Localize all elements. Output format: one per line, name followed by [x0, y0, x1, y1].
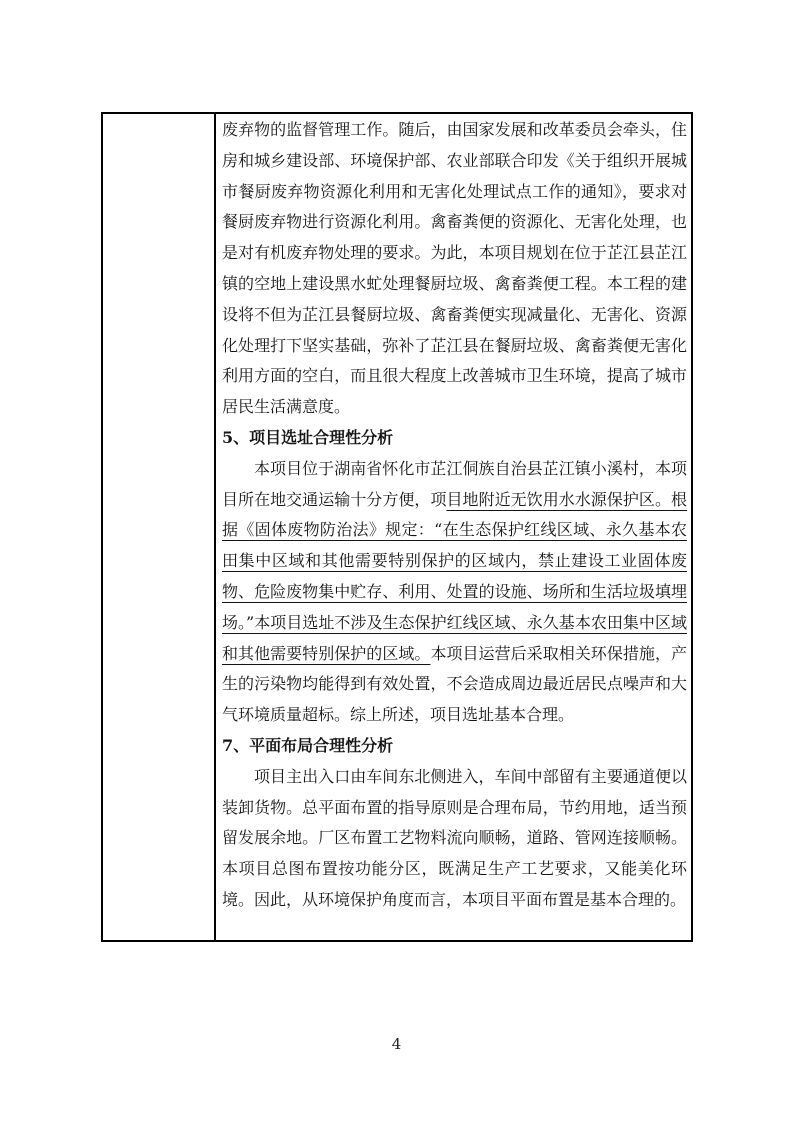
- underlined-text-run: 目地附近无饮用水水源保护区。根据《固体废物防治法》规定：“在生态保护红线区域、永…: [222, 490, 687, 663]
- text-run: 废弃物的监督管理工作。随后，由国家发展和改革委员会牵头，住房和城乡建设部、环境保…: [222, 120, 687, 416]
- paragraph: 废弃物的监督管理工作。随后，由国家发展和改革委员会牵头，住房和城乡建设部、环境保…: [222, 115, 687, 423]
- paragraph: 项目主出入口由车间东北侧进入，车间中部留有主要通道便以装卸货物。总平面布置的指导…: [222, 762, 687, 916]
- table-left-label-cell: [103, 114, 216, 940]
- document-page: 废弃物的监督管理工作。随后，由国家发展和改革委员会牵头，住房和城乡建设部、环境保…: [0, 0, 793, 1122]
- document-table: 废弃物的监督管理工作。随后，由国家发展和改革委员会牵头，住房和城乡建设部、环境保…: [101, 112, 693, 942]
- page-number: 4: [0, 1035, 793, 1053]
- section-heading: 5、项目选址合理性分析: [222, 423, 687, 454]
- paragraph: 本项目位于湖南省怀化市芷江侗族自治县芷江镇小溪村，本项目所在地交通运输十分方便，…: [222, 454, 687, 731]
- content-cell: 废弃物的监督管理工作。随后，由国家发展和改革委员会牵头，住房和城乡建设部、环境保…: [216, 114, 691, 940]
- text-run: 项目主出入口由车间东北侧进入，车间中部留有主要通道便以装卸货物。总平面布置的指导…: [222, 767, 687, 909]
- section-heading: 7、平面布局合理性分析: [222, 731, 687, 762]
